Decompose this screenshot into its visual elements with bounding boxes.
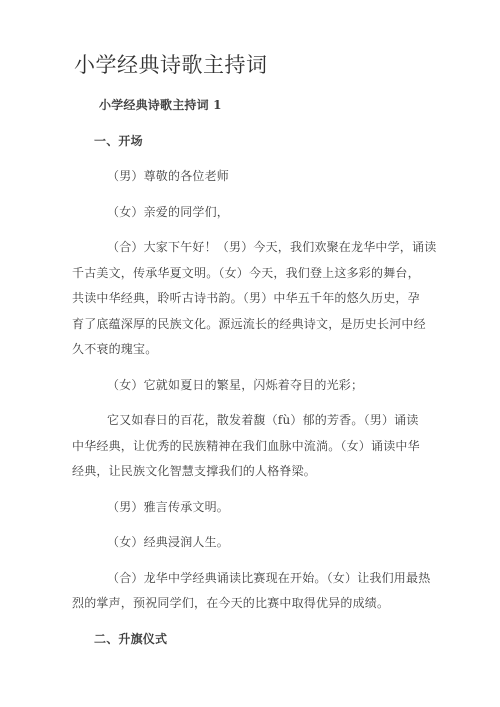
- paragraph-spring-flowers: 它又如春日的百花，散发着馥（fù）郁的芳香。（男）诵读 中华经典，让优秀的民族精…: [72, 408, 500, 485]
- section-heading-flag-ceremony: 二、升旗仪式: [72, 627, 500, 653]
- doc-title: 小学经典诗歌主持词: [74, 50, 500, 80]
- paragraph-summer-stars: （女）它就如夏日的繁星，闪烁着夺目的光彩；: [72, 373, 500, 399]
- paragraph-greeting-students: （女）亲爱的同学们，: [72, 200, 500, 226]
- section-heading-opening: 一、开场: [72, 129, 500, 155]
- paragraph-greeting-teachers: （男）尊敬的各位老师: [72, 164, 500, 190]
- paragraph-contest-start: （合）龙华中学经典诵读比赛现在开始。（女）让我们用最热 烈的掌声，预祝同学们，在…: [72, 566, 500, 617]
- doc-subtitle: 小学经典诗歌主持词 1: [72, 93, 500, 119]
- paragraph-welcome: （合）大家下午好！（男）今天，我们欢聚在龙华中学，诵读 千古美文，传承华夏文明。…: [72, 235, 500, 363]
- paragraph-classics-life: （女）经典浸润人生。: [72, 530, 500, 556]
- paragraph-elegant-speech: （男）雅言传承文明。: [72, 495, 500, 521]
- document-page: 小学经典诗歌主持词 小学经典诗歌主持词 1 一、开场 （男）尊敬的各位老师 （女…: [0, 0, 500, 707]
